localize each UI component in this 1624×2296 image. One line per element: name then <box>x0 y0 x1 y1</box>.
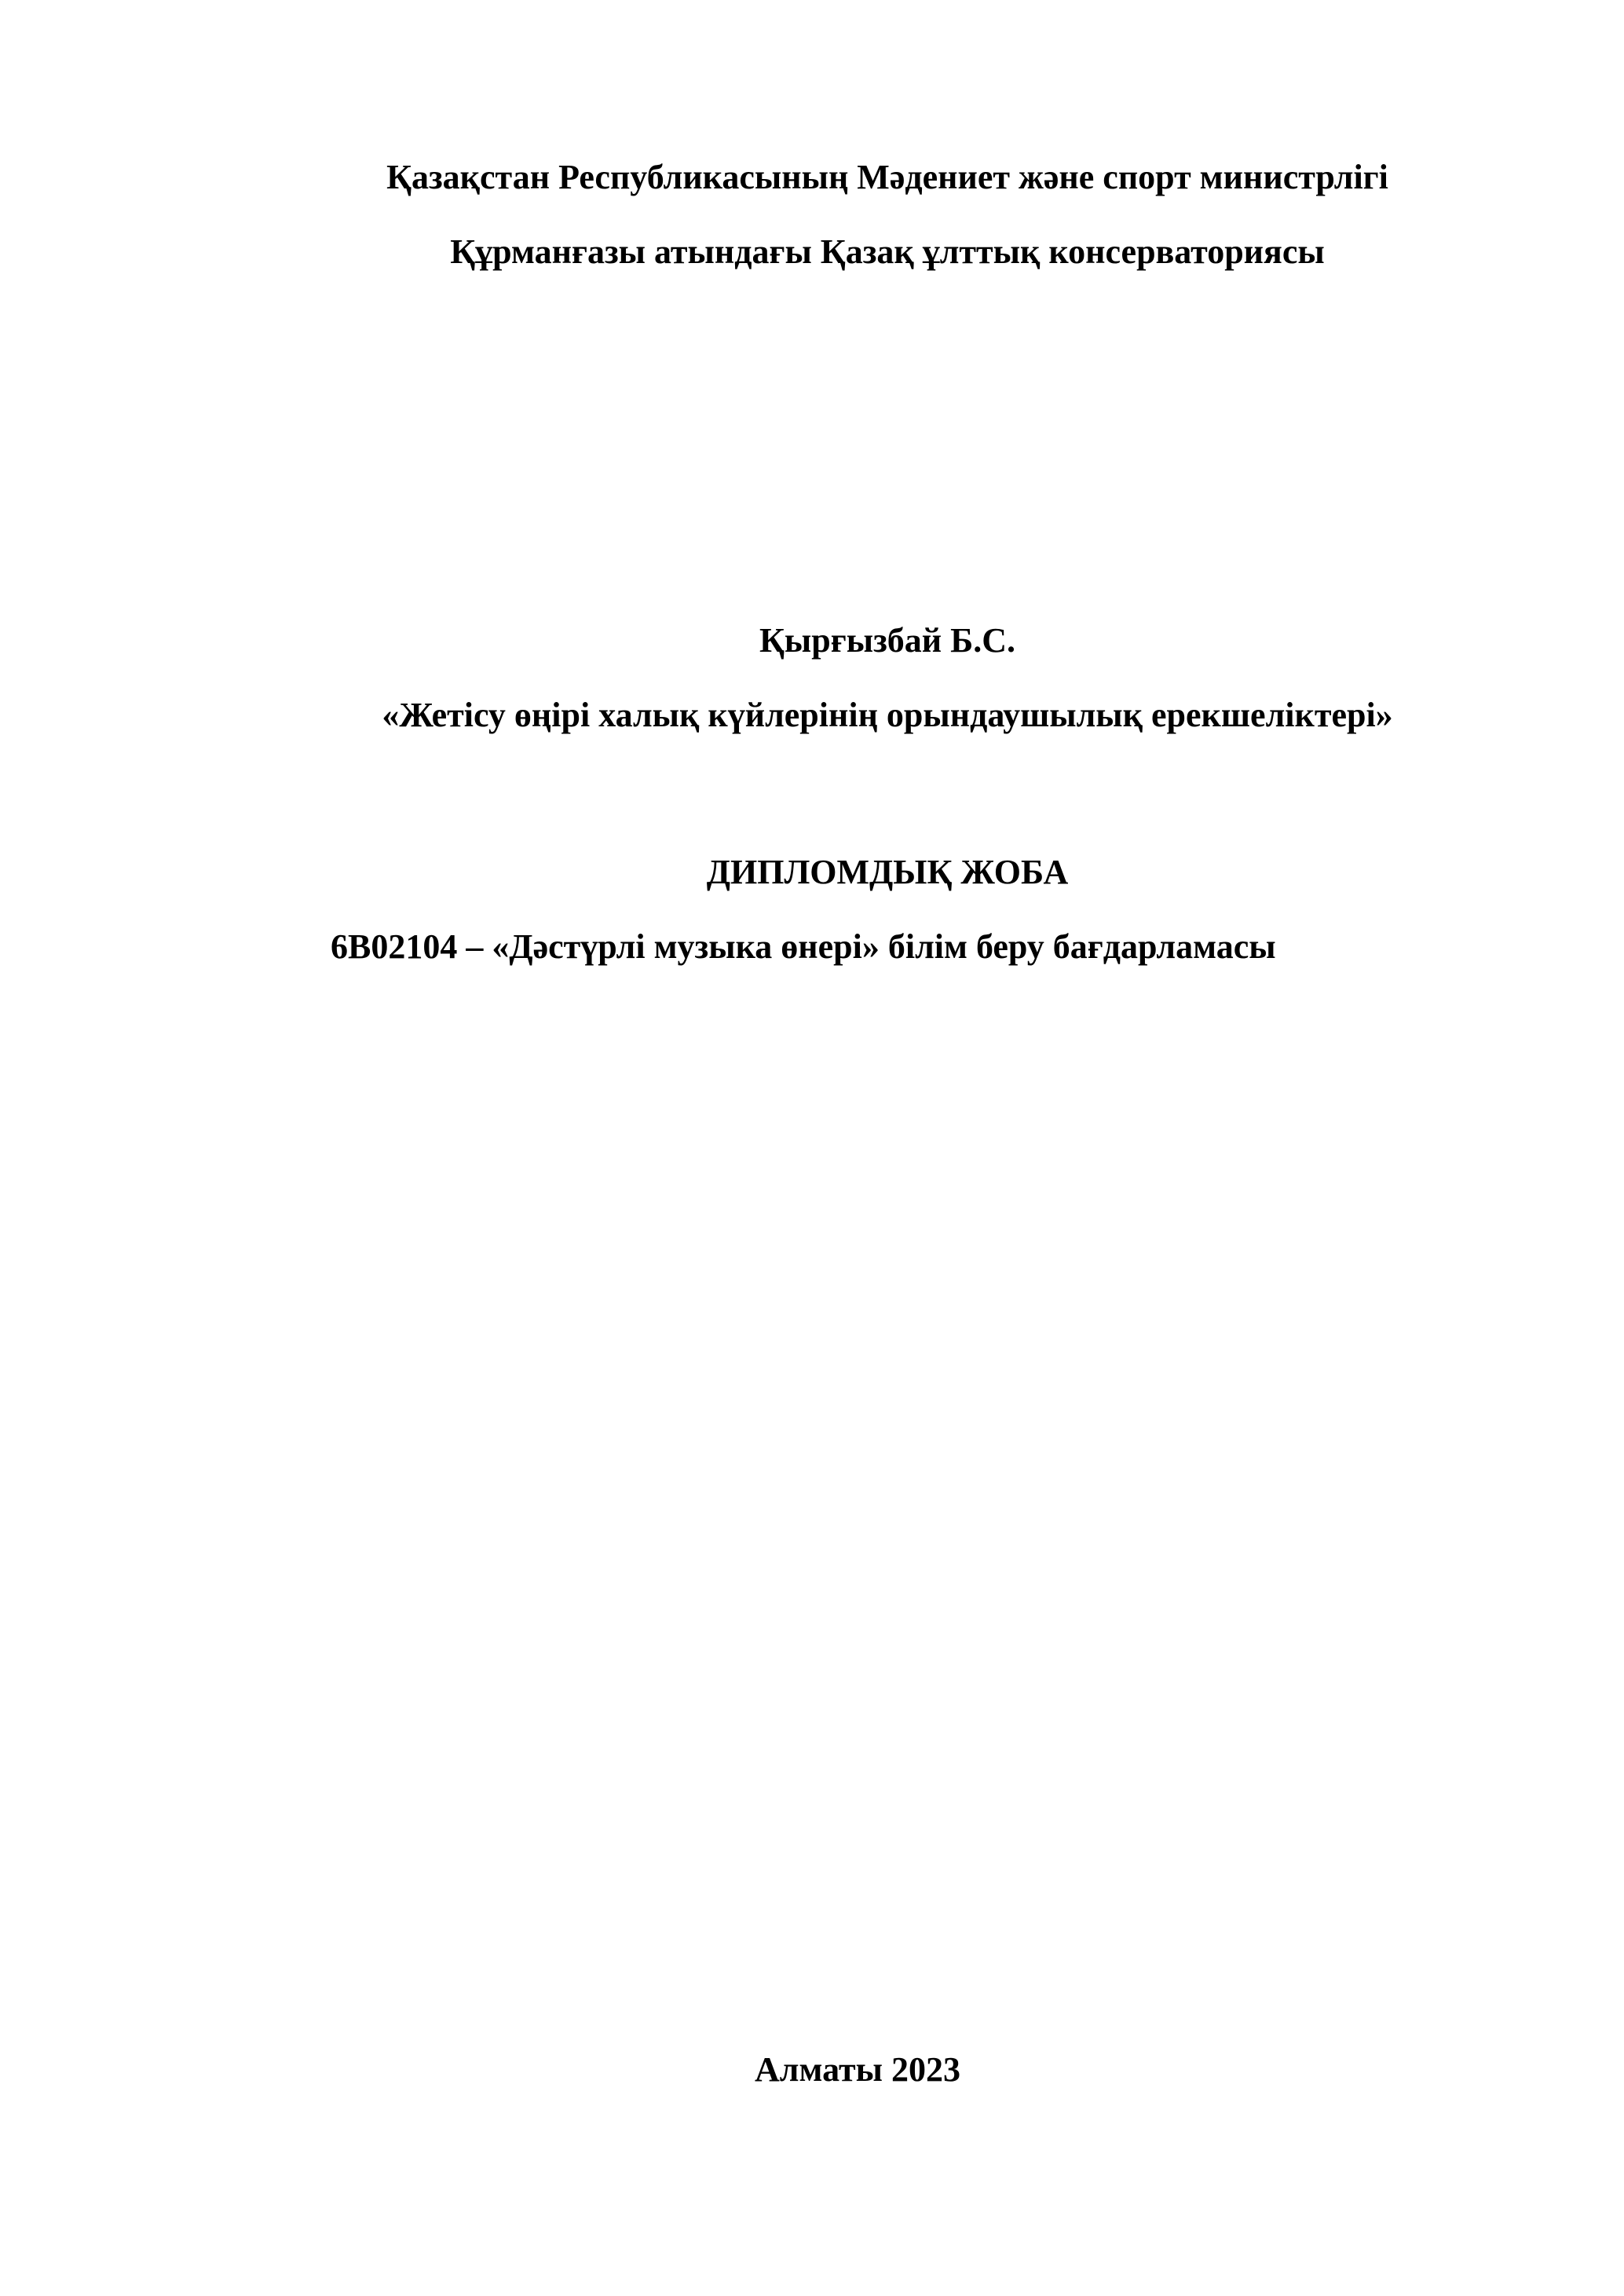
institution-name: Құрманғазы атындағы Қазақ ұлттық консерв… <box>181 230 1594 274</box>
title-page: Қазақстан Республикасының Мәдениет және … <box>0 0 1624 2296</box>
document-type: ДИПЛОМДЫҚ ЖОБА <box>181 850 1594 894</box>
education-programme: 6В02104 – «Дәстүрлі музыка өнері» білім … <box>331 925 1276 969</box>
thesis-title: «Жетісу өңірі халық күйлерінің орындаушы… <box>181 693 1594 737</box>
ministry-name: Қазақстан Республикасының Мәдениет және … <box>181 155 1594 199</box>
city-year: Алматы 2023 <box>0 2048 1624 2092</box>
author-name: Қырғызбай Б.С. <box>181 619 1594 663</box>
